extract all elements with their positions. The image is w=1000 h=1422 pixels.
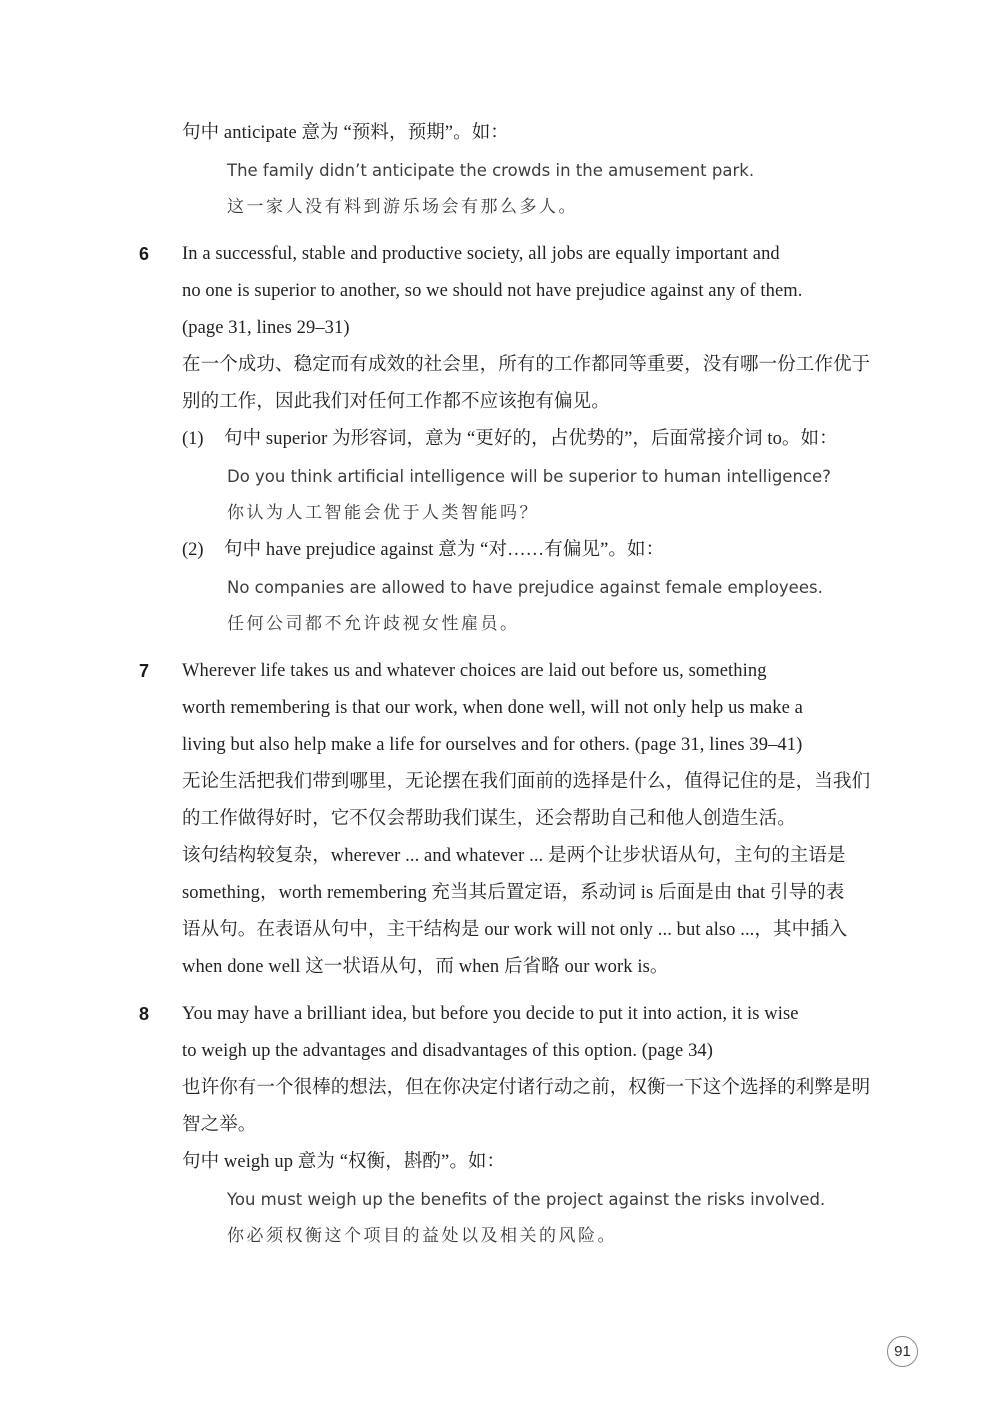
numbered-block: (1)句中 superior 为形容词，意为 “更好的，占优势的”，后面常接介词…: [182, 421, 850, 458]
text-line: The family didn’t anticipate the crowds …: [182, 152, 850, 189]
item-number: 8: [139, 996, 149, 1033]
text-line: 在一个成功、稳定而有成效的社会里，所有的工作都同等重要，没有哪一份工作优于: [182, 347, 850, 384]
text-line: In a successful, stable and productive s…: [182, 236, 850, 273]
text-line: 的工作做得好时，它不仅会帮助我们谋生，还会帮助自己和他人创造生活。: [182, 801, 850, 838]
text-line: 也许你有一个很棒的想法，但在你决定付诸行动之前，权衡一下这个选择的利弊是明: [182, 1070, 850, 1107]
text-line: something，worth remembering 充当其后置定语，系动词 …: [182, 875, 850, 912]
text-line: 这一家人没有料到游乐场会有那么多人。: [182, 189, 850, 226]
text-line: 你必须权衡这个项目的益处以及相关的风险。: [182, 1218, 850, 1255]
text-line: to weigh up the advantages and disadvant…: [182, 1033, 850, 1070]
text-line: 智之举。: [182, 1107, 850, 1144]
text-line: 你认为人工智能会优于人类智能吗？: [182, 495, 850, 532]
text-line: worth remembering is that our work, when…: [182, 690, 850, 727]
textbook-page: 句中 anticipate 意为 “预料，预期”。如：The family di…: [0, 0, 1000, 1422]
text-line: 句中 anticipate 意为 “预料，预期”。如：: [182, 115, 850, 152]
paragraph-block: Do you think artificial intelligence wil…: [182, 458, 850, 495]
text-line: 该句结构较复杂，wherever ... and whatever ... 是两…: [182, 838, 850, 875]
item-number: 6: [139, 236, 149, 273]
page-content: 句中 anticipate 意为 “预料，预期”。如：The family di…: [182, 115, 850, 1255]
numbered-block: (2)句中 have prejudice against 意为 “对……有偏见”…: [182, 532, 850, 569]
text-line: (page 31, lines 29–31): [182, 310, 850, 347]
text-line: Do you think artificial intelligence wil…: [182, 458, 850, 495]
text-line: when done well 这一状语从句，而 when 后省略 our wor…: [182, 949, 850, 986]
text-line: You may have a brilliant idea, but befor…: [182, 996, 850, 1033]
item-number: 7: [139, 653, 149, 690]
item-number: (1): [182, 421, 204, 458]
paragraph-block: The family didn’t anticipate the crowds …: [182, 152, 850, 189]
text-line: 句中 weigh up 意为 “权衡，斟酌”。如：: [182, 1144, 850, 1181]
text-line: 语从句。在表语从句中，主干结构是 our work will not only …: [182, 912, 850, 949]
numbered-block: 8You may have a brilliant idea, but befo…: [182, 996, 850, 1144]
paragraph-block: 任何公司都不允许歧视女性雇员。: [182, 606, 850, 643]
item-number: (2): [182, 532, 204, 569]
text-line: 句中 superior 为形容词，意为 “更好的，占优势的”，后面常接介词 to…: [182, 421, 850, 458]
text-line: No companies are allowed to have prejudi…: [182, 569, 850, 606]
paragraph-block: No companies are allowed to have prejudi…: [182, 569, 850, 606]
text-line: no one is superior to another, so we sho…: [182, 273, 850, 310]
paragraph-block: 句中 anticipate 意为 “预料，预期”。如：: [182, 115, 850, 152]
numbered-block: 6In a successful, stable and productive …: [182, 236, 850, 421]
paragraph-block: You must weigh up the benefits of the pr…: [182, 1181, 850, 1218]
text-line: 句中 have prejudice against 意为 “对……有偏见”。如：: [182, 532, 850, 569]
paragraph-block: 你必须权衡这个项目的益处以及相关的风险。: [182, 1218, 850, 1255]
paragraph-block: 你认为人工智能会优于人类智能吗？: [182, 495, 850, 532]
page-number-badge: 91: [887, 1336, 918, 1367]
text-line: living but also help make a life for our…: [182, 727, 850, 764]
page-number-text: 91: [894, 1343, 911, 1360]
text-line: 别的工作，因此我们对任何工作都不应该抱有偏见。: [182, 384, 850, 421]
numbered-block: 7Wherever life takes us and whatever cho…: [182, 653, 850, 986]
text-line: Wherever life takes us and whatever choi…: [182, 653, 850, 690]
paragraph-block: 句中 weigh up 意为 “权衡，斟酌”。如：: [182, 1144, 850, 1181]
text-line: 无论生活把我们带到哪里，无论摆在我们面前的选择是什么，值得记住的是，当我们: [182, 764, 850, 801]
text-line: You must weigh up the benefits of the pr…: [182, 1181, 850, 1218]
text-line: 任何公司都不允许歧视女性雇员。: [182, 606, 850, 643]
paragraph-block: 这一家人没有料到游乐场会有那么多人。: [182, 189, 850, 226]
